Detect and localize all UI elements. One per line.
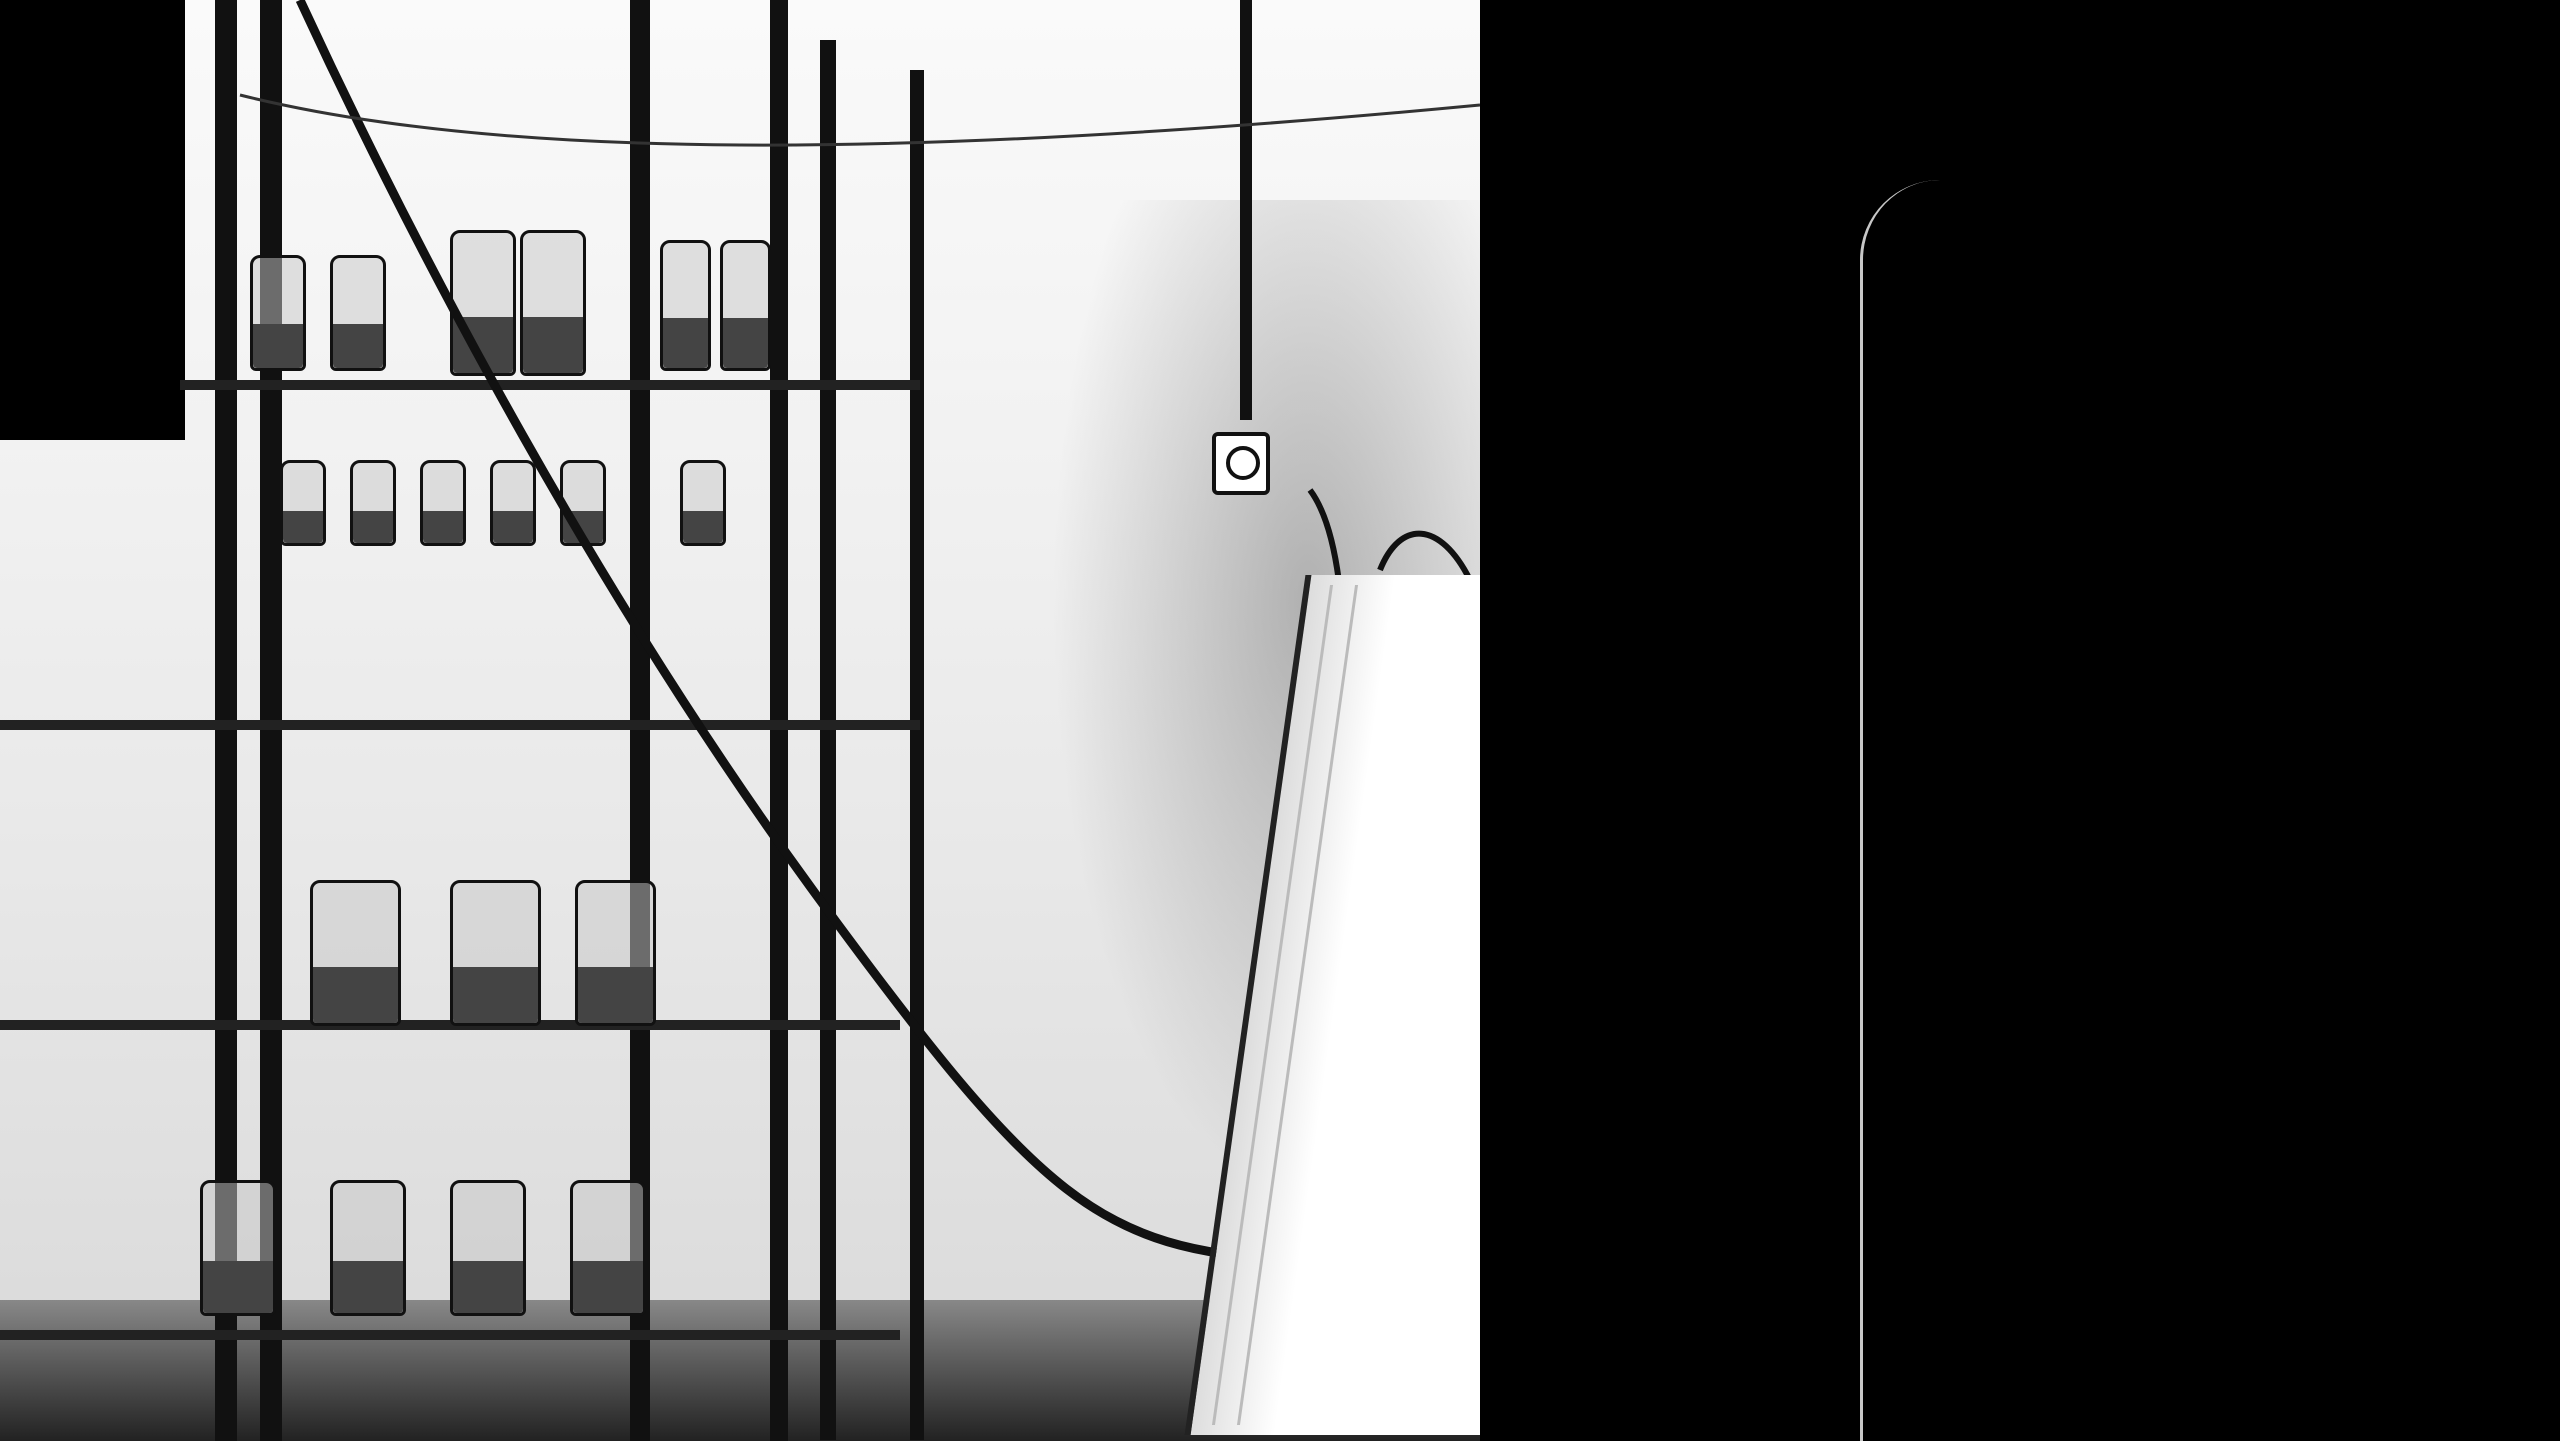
person-silhouette	[1860, 180, 2103, 1441]
photo-scene	[0, 0, 2560, 1441]
